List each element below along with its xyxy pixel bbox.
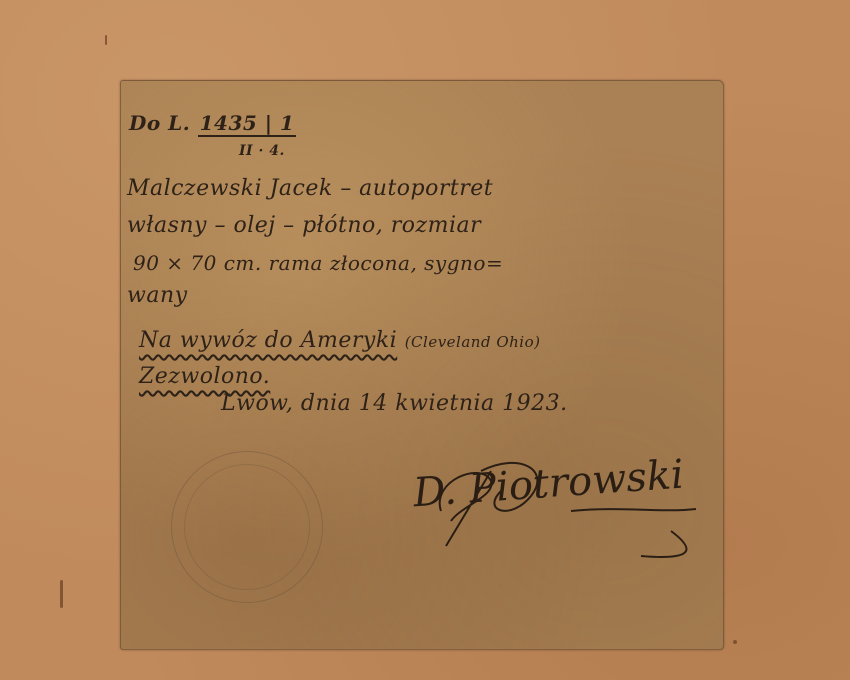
description-line-2: własny – olej – płótno, rozmiar <box>127 213 481 238</box>
reference-value: 1435 | 1 <box>198 111 297 137</box>
board-speck <box>60 580 63 608</box>
permit-label: Do L. 1435 | 1 II · 4. Malczewski Jacek … <box>120 80 724 650</box>
reference-sub: II · 4. <box>239 143 285 159</box>
permit-status: Zezwolono. <box>139 364 270 389</box>
description-line-3: 90 × 70 cm. rama złocona, sygno= <box>133 251 503 275</box>
reference-prefix: Do L. <box>129 111 190 135</box>
board-speck <box>105 35 107 45</box>
reference-number-value: 1435 <box>200 111 258 135</box>
reference-suffix: 1 <box>280 111 294 135</box>
description-line-4: wany <box>127 283 188 308</box>
reference-number: Do L. 1435 | 1 <box>129 111 296 137</box>
export-permit-line: Na wywóz do Ameryki (Cleveland Ohio) <box>139 328 540 353</box>
description-line-1: Malczewski Jacek – autoportret <box>127 176 493 201</box>
place-date: Lwów, dnia 14 kwietnia 1923. <box>221 391 568 416</box>
board-speck <box>733 640 737 644</box>
stamp-inner-ring <box>184 464 310 590</box>
stamp-icon <box>171 451 323 603</box>
export-destination-city: (Cleveland Ohio) <box>405 333 541 351</box>
export-destination-main: Na wywóz do Ameryki <box>139 328 397 353</box>
